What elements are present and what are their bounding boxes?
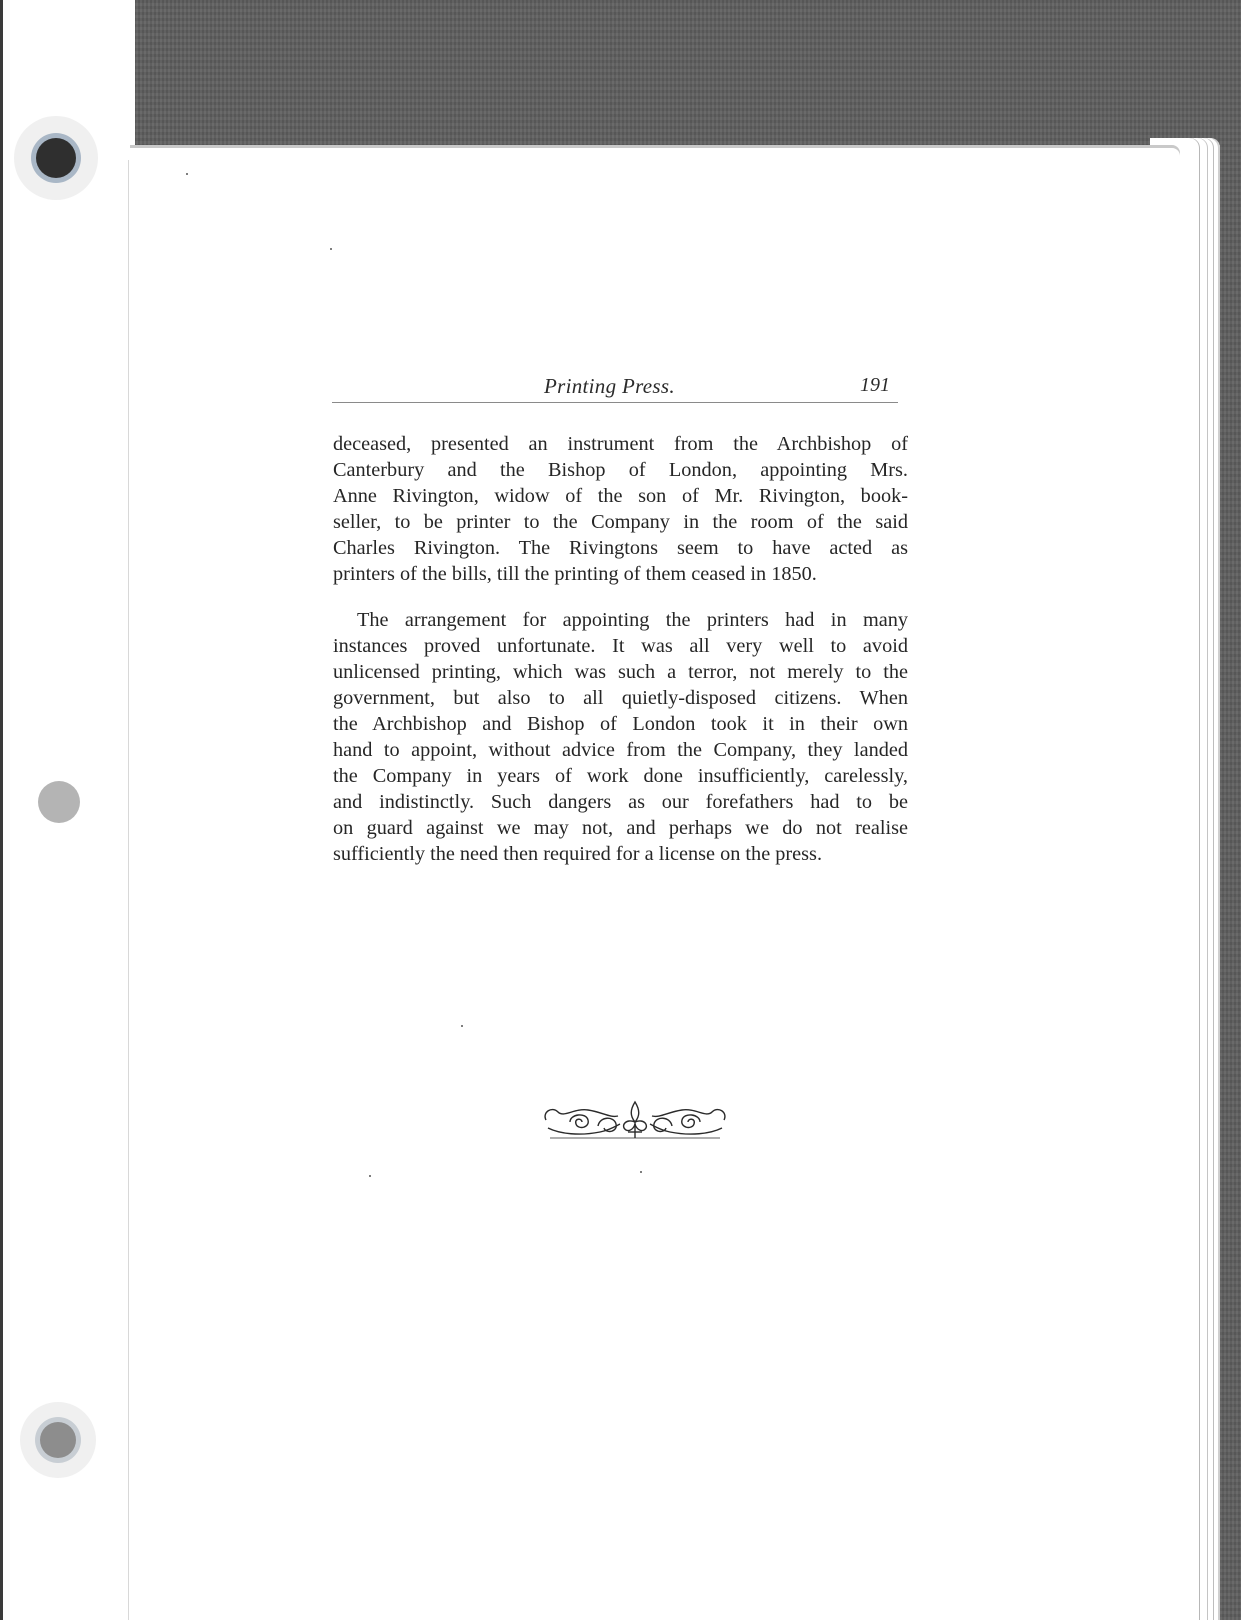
text-line: deceased, presented an instrument from t… xyxy=(333,431,908,457)
scanner-left-edge xyxy=(0,0,3,1620)
scan-speck xyxy=(461,1025,463,1027)
text-line: sufficiently the need then required for … xyxy=(333,841,908,867)
binder-hole-middle xyxy=(38,781,80,823)
scan-speck xyxy=(330,248,332,250)
binder-hole-bottom xyxy=(40,1422,76,1458)
text-line: the Company in years of work done insuff… xyxy=(333,763,908,789)
text-line: instances proved unfortunate. It was all… xyxy=(333,633,908,659)
text-line: printers of the bills, till the printing… xyxy=(333,561,908,587)
paragraph-2: The arrangement for appointing the print… xyxy=(333,607,908,867)
text-line: on guard against we may not, and perhaps… xyxy=(333,815,908,841)
text-line: Charles Rivington. The Rivingtons seem t… xyxy=(333,535,908,561)
text-line: hand to appoint, without advice from the… xyxy=(333,737,908,763)
page-number: 191 xyxy=(860,374,890,397)
scan-speck xyxy=(369,1175,371,1177)
running-header: Printing Press. 191 xyxy=(332,372,898,403)
text-line: and indistinctly. Such dangers as our fo… xyxy=(333,789,908,815)
body-text: deceased, presented an instrument from t… xyxy=(333,431,908,867)
paragraph-1: deceased, presented an instrument from t… xyxy=(333,431,908,587)
scan-speck xyxy=(186,173,188,175)
text-line: Anne Rivington, widow of the son of Mr. … xyxy=(333,483,908,509)
text-line: Canterbury and the Bishop of London, app… xyxy=(333,457,908,483)
text-line: government, but also to all quietly-disp… xyxy=(333,685,908,711)
text-line: unlicensed printing, which was such a te… xyxy=(333,659,908,685)
running-title: Printing Press. xyxy=(544,374,675,399)
binder-hole-top xyxy=(36,138,76,178)
tailpiece-ornament-icon xyxy=(540,1098,730,1144)
book-page xyxy=(130,148,1180,1620)
text-line: seller, to be printer to the Company in … xyxy=(333,509,908,535)
text-line: the Archbishop and Bishop of London took… xyxy=(333,711,908,737)
text-line: The arrangement for appointing the print… xyxy=(333,607,908,633)
scan-speck xyxy=(640,1171,642,1173)
